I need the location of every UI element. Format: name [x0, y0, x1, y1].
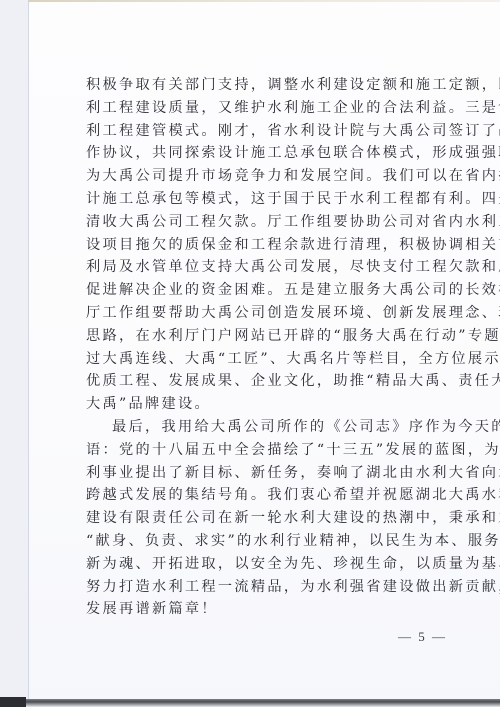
- text-line: 利事业提出了新目标、新任务，奏响了湖北由水利大省向水利强省: [86, 462, 456, 485]
- page-top-edge: [28, 0, 500, 2]
- text-line: 清收大禹公司工程欠款。厅工作组要协助公司对省内水利工程建: [86, 211, 456, 234]
- text-line: 利局及水管单位支持大禹公司发展，尽快支付工程欠款和质保金，: [86, 256, 456, 279]
- scan-corner-shadow: [0, 697, 26, 707]
- text-line: 大禹”品牌建设。: [86, 393, 456, 416]
- text-line: 利工程建设质量，又维护水利施工企业的合法利益。三是创新水: [86, 97, 456, 120]
- text-line: 过大禹连线、大禹“工匠”、大禹名片等栏目，全方位展示大禹公司: [86, 348, 456, 371]
- text-line: 建设有限责任公司在新一轮水利大建设的热潮中，秉承和发扬: [86, 507, 456, 530]
- scanned-page: 积极争取有关部门支持，调整水利建设定额和施工定额，既保证水 利工程建设质量，又维…: [0, 0, 500, 707]
- text-line: 积极争取有关部门支持，调整水利建设定额和施工定额，既保证水: [86, 74, 456, 97]
- text-line: 利工程建管模式。刚才，省水利设计院与大禹公司签订了战略合: [86, 120, 456, 143]
- text-line: 优质工程、发展成果、企业文化，助推“精品大禹、责任大禹、铁军: [86, 370, 456, 393]
- text-line: 发展再谱新篇章！: [86, 598, 456, 621]
- text-line: 最后，我用给大禹公司所作的《公司志》序作为今天的结束: [86, 416, 456, 439]
- paragraph-1: 积极争取有关部门支持，调整水利建设定额和施工定额，既保证水 利工程建设质量，又维…: [86, 74, 456, 416]
- text-line: 促进解决企业的资金困难。五是建立服务大禹公司的长效机制。: [86, 279, 456, 302]
- page-number: — 5 —: [398, 629, 447, 645]
- text-line: 计施工总承包等模式，这于国于民于水利工程都有利。四是协调: [86, 188, 456, 211]
- text-line: 为大禹公司提升市场竞争力和发展空间。我们可以在省内推行设: [86, 165, 456, 188]
- text-line: “献身、负责、求实”的水利行业精神，以民生为本、服务社会，以创: [86, 530, 456, 553]
- page-bottom-shadow: [0, 699, 500, 707]
- text-line: 厅工作组要帮助大禹公司创造发展环境、创新发展理念、理清发展: [86, 302, 456, 325]
- text-line: 努力打造水利工程一流精品，为水利强省建设做出新贡献，为企业: [86, 576, 456, 599]
- scan-margin-strip: [0, 0, 29, 700]
- text-line: 新为魂、开拓进取，以安全为先、珍视生命，以质量为基、百年大计，: [86, 553, 456, 576]
- body-text: 积极争取有关部门支持，调整水利建设定额和施工定额，既保证水 利工程建设质量，又维…: [86, 74, 456, 621]
- text-line: 语：党的十八届五中全会描绘了“十三五”发展的蓝图，为湖北水: [86, 439, 456, 462]
- text-line: 思路，在水利厅门户网站已开辟的“服务大禹在行动”专题中，通: [86, 325, 456, 348]
- text-line: 设项目拖欠的质保金和工程余款进行清理，积极协调相关市、县水: [86, 234, 456, 257]
- paragraph-2: 最后，我用给大禹公司所作的《公司志》序作为今天的结束 语：党的十八届五中全会描绘…: [86, 416, 456, 621]
- text-line: 作协议，共同探索设计施工总承包联合体模式，形成强强联合，将: [86, 142, 456, 165]
- text-line: 跨越式发展的集结号角。我们衷心希望并祝愿湖北大禹水利水电: [86, 484, 456, 507]
